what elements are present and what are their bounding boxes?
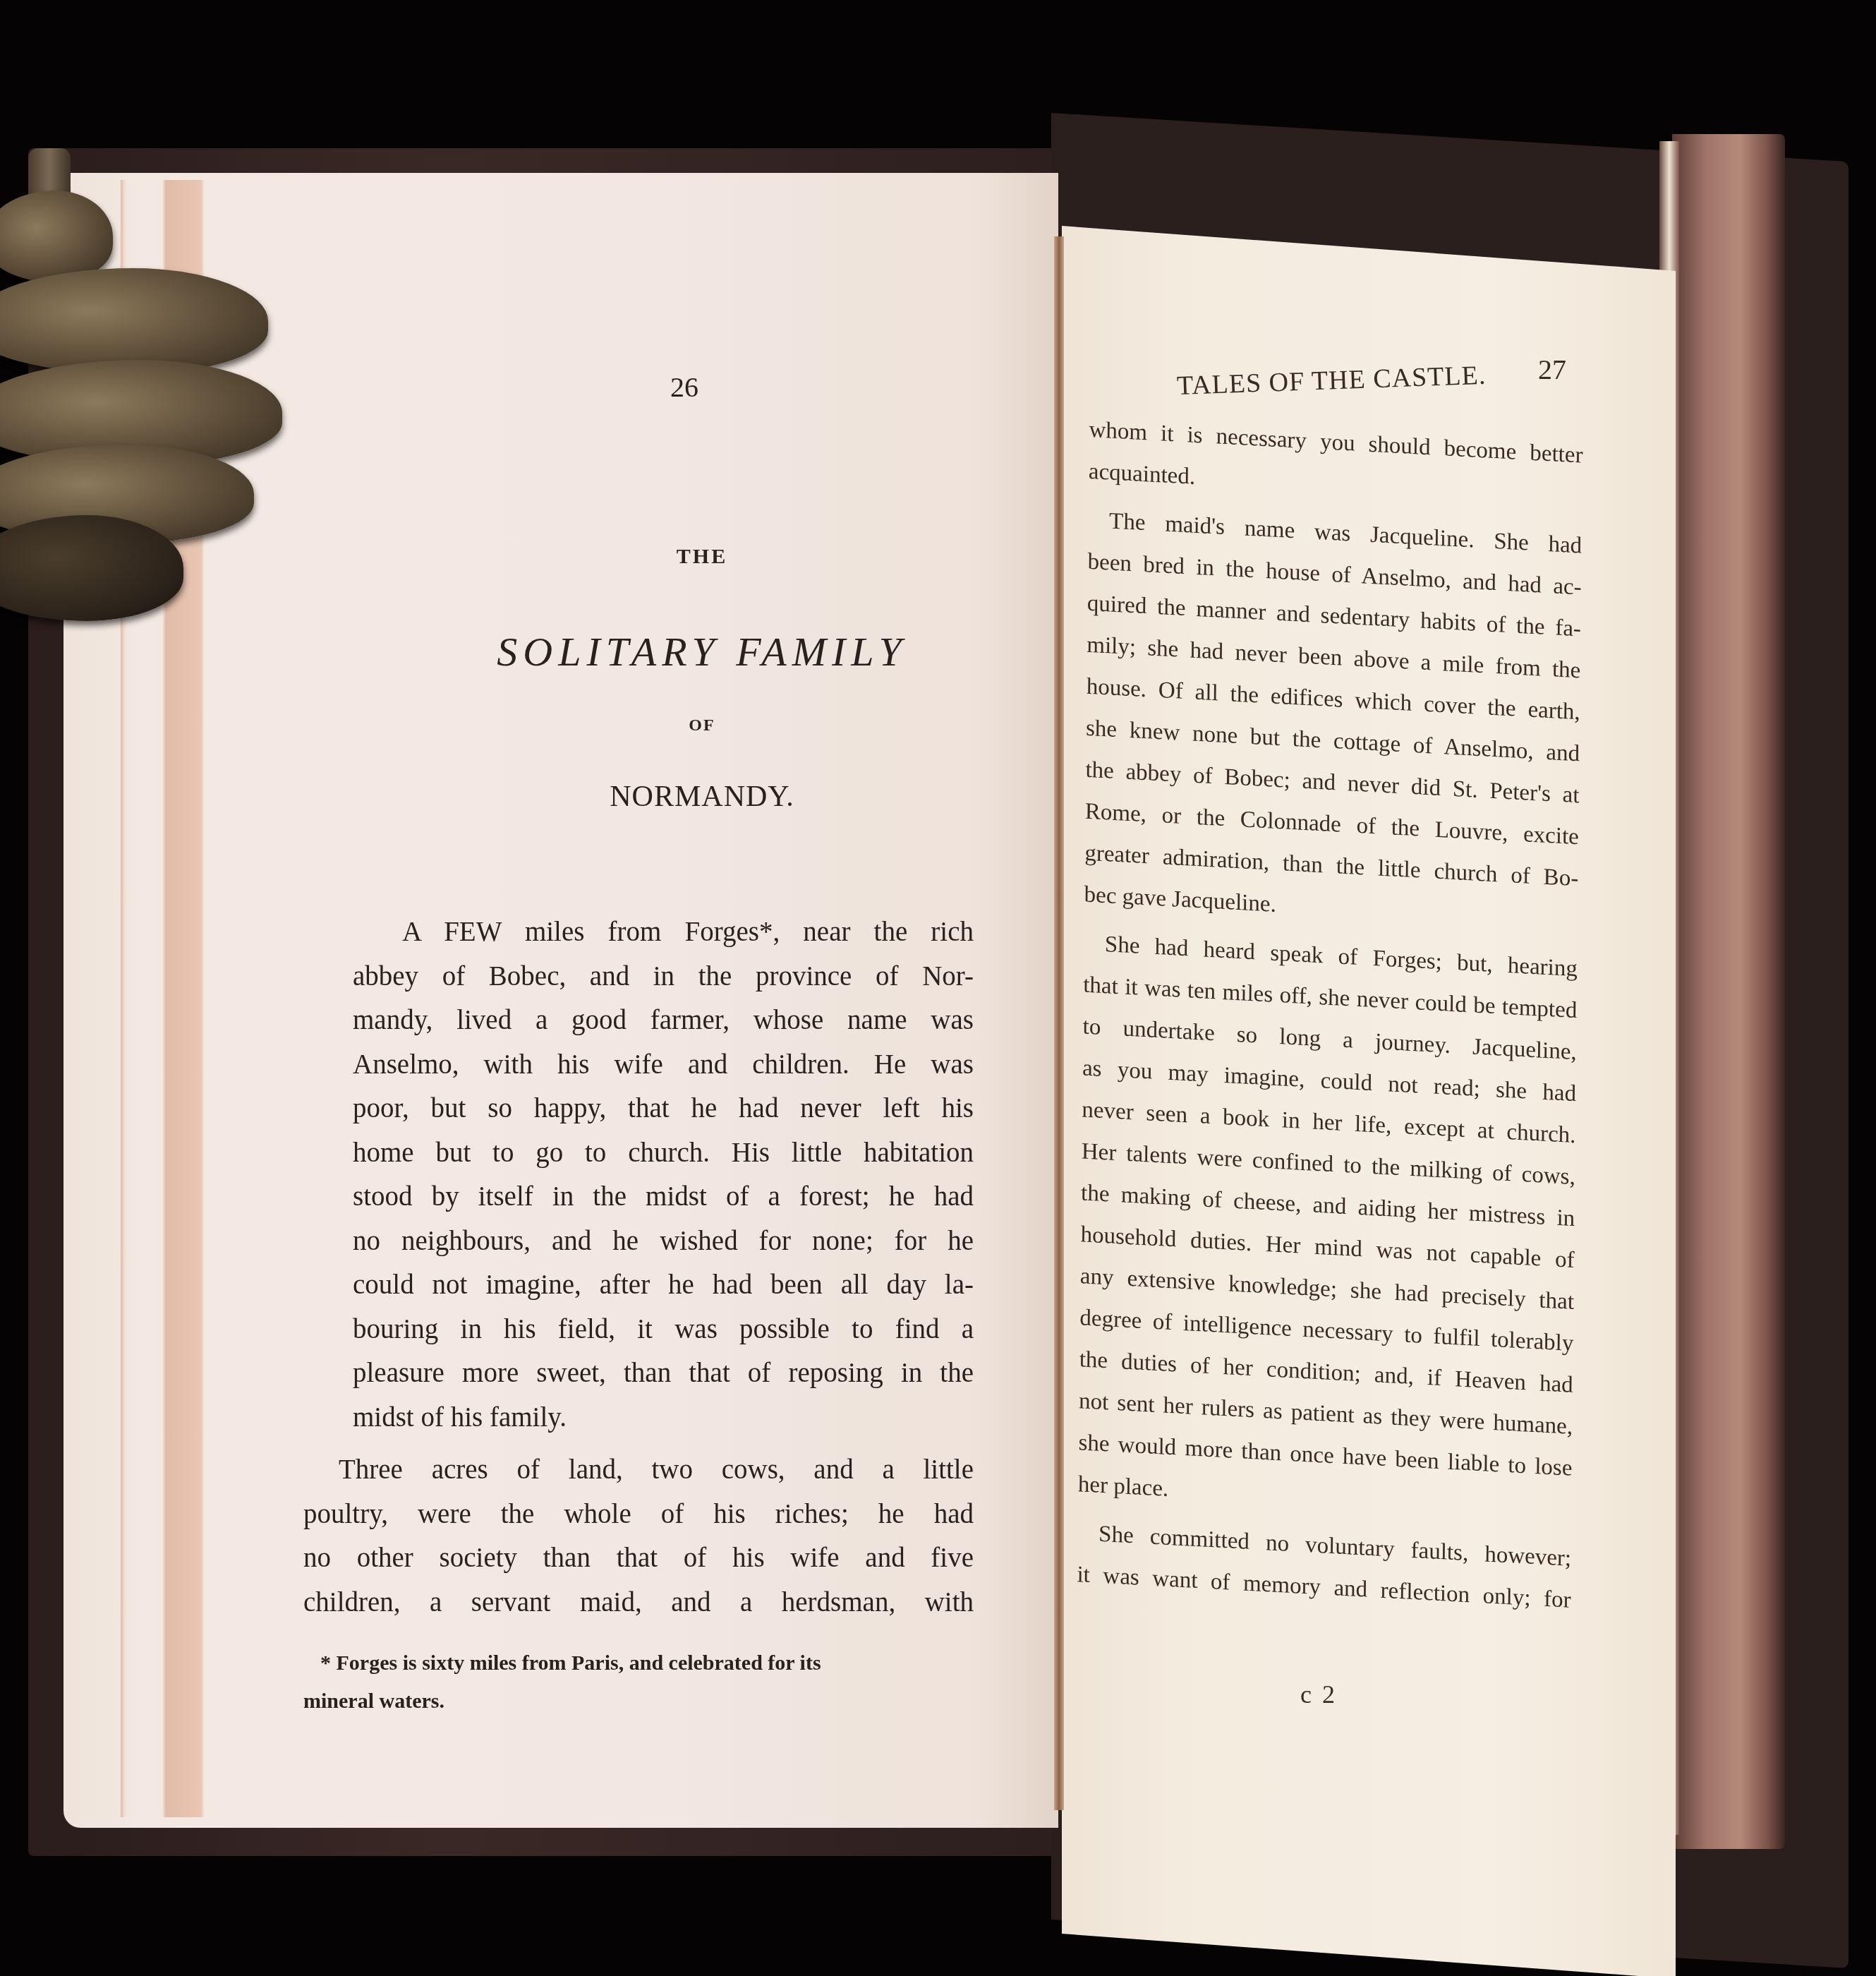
right-page-body: whom it is necessary you should become b… [1077,409,1583,1622]
weight-lobe [0,268,268,374]
signature-mark: c 2 [1300,1680,1337,1709]
paragraph: A FEW miles from Forges*, near the rich … [303,910,974,1440]
footnote: * Forges is sixty miles from Paris, and … [303,1644,974,1721]
page-number-right: 27 [1538,353,1566,386]
page-number-left: 26 [670,370,698,404]
left-page-body: A FEW miles from Forges*, near the rich … [303,910,974,1625]
text-line: Anselmo, with his wife and children. He … [303,1043,974,1088]
text-line: stood by itself in the midst of a forest… [303,1175,974,1219]
chapter-title-main: SOLITARY FAMILY [303,628,1101,675]
text-line: Three acres of land, two cows, and a lit… [303,1448,974,1493]
text-line: midst of his family. [303,1396,974,1440]
chapter-title-the: THE [303,545,1101,569]
text-line: poultry, were the whole of his riches; h… [303,1493,974,1537]
text-line: could not imagine, after he had been all… [303,1263,974,1308]
brass-book-weight-icon [0,148,310,586]
paragraph: She had heard speak of Forges; but, hear… [1078,923,1578,1531]
book-gutter [1054,236,1064,1810]
text-line: no neighbours, and he wished for none; f… [303,1219,974,1264]
footnote-line: * Forges is sixty miles from Paris, and … [303,1644,974,1682]
text-line: home but to go to church. His little hab… [303,1131,974,1176]
text-line: no other society than that of his wife a… [303,1536,974,1581]
text-line: poor, but so happy, that he had never le… [303,1087,974,1131]
weight-lobe [0,191,113,282]
text-line: mandy, lived a good farmer, whose name w… [303,999,974,1043]
book-fore-edge-right [1672,134,1785,1849]
footnote-line: mineral waters. [303,1682,974,1721]
text-line: abbey of Bobec, and in the province of N… [303,955,974,999]
paragraph: The maid's name was Jacqueline. She had … [1084,500,1582,941]
weight-base [0,515,183,621]
chapter-title-of: OF [303,716,1101,735]
book-photo-scene: 26 THE SOLITARY FAMILY OF NORMANDY. A FE… [0,0,1876,1976]
text-line: A FEW miles from Forges*, near the rich [303,910,974,955]
paragraph: Three acres of land, two cows, and a lit… [303,1448,974,1625]
text-line: pleasure more sweet, than that of reposi… [303,1351,974,1396]
text-line: bouring in his field, it was possible to… [303,1308,974,1352]
chapter-title-place: NORMANDY. [303,780,1101,814]
text-line: children, a servant maid, and a herdsman… [303,1581,974,1625]
